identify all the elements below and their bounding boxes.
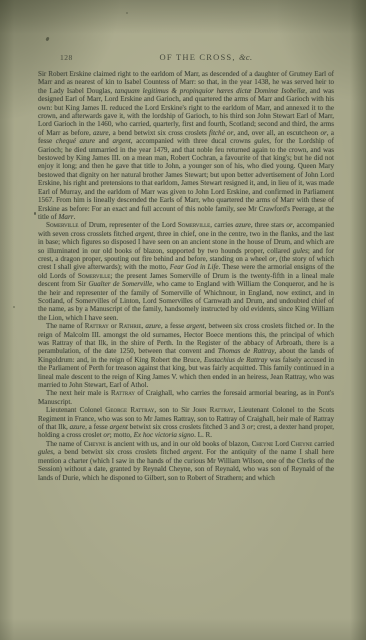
paragraph-2: Somerville of Drum, representer of the L… bbox=[38, 221, 334, 322]
ink-speck bbox=[34, 212, 36, 215]
paragraph-6: The name of Cheyne is ancient with us, a… bbox=[38, 440, 334, 482]
paragraph-1: Sir Robert Erskine claimed right to the … bbox=[38, 70, 334, 221]
text-body: Sir Robert Erskine claimed right to the … bbox=[38, 70, 334, 482]
paragraph-4: The next heir male is Rattray of Craigha… bbox=[38, 389, 334, 406]
ink-speck bbox=[45, 37, 49, 42]
ink-speck bbox=[13, 306, 15, 308]
paragraph-5: Lieutenant Colonel George Rattray, son t… bbox=[38, 406, 334, 440]
scanned-page-background: 128 OF THE CROSS, &c. Sir Robert Erskine… bbox=[0, 0, 366, 640]
running-title-main: OF THE CROSS, bbox=[160, 52, 239, 62]
paragraph-3: The name of Rattray or Rathrie, azure, a… bbox=[38, 322, 334, 389]
page-header: 128 OF THE CROSS, &c. bbox=[38, 52, 334, 64]
running-title: OF THE CROSS, &c. bbox=[38, 52, 334, 62]
ink-speck bbox=[126, 12, 128, 14]
running-title-etcetera: &c. bbox=[239, 52, 252, 62]
